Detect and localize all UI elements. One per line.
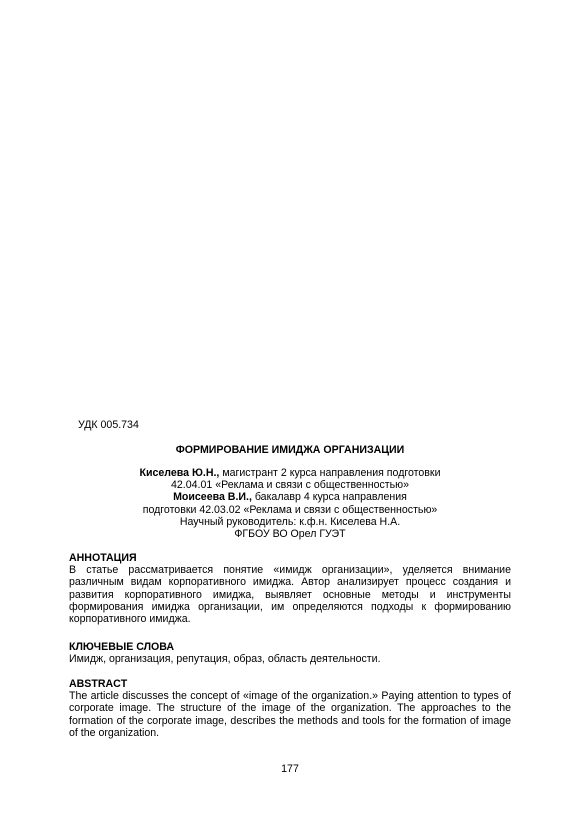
abstract-text: The article discusses the concept of «im…	[69, 690, 511, 739]
author-2-line: Моисеева В.И., бакалавр 4 курса направле…	[0, 491, 580, 503]
abstract-heading: ABSTRACT	[69, 678, 511, 690]
abstract-section: ABSTRACT The article discusses the conce…	[69, 678, 511, 739]
author-1-line: Киселева Ю.Н., магистрант 2 курса направ…	[0, 467, 580, 479]
keywords-text: Имидж, организация, репутация, образ, об…	[69, 653, 511, 665]
annotation-section: АННОТАЦИЯ В статье рассматривается понят…	[69, 552, 511, 625]
article-title: ФОРМИРОВАНИЕ ИМИДЖА ОРГАНИЗАЦИИ	[0, 444, 580, 456]
author-2-program: подготовки 42.03.02 «Реклама и связи с о…	[0, 504, 580, 516]
institution: ФГБОУ ВО Орел ГУЭТ	[0, 528, 580, 540]
author-2-description: бакалавр 4 курса направления	[252, 491, 407, 503]
keywords-heading: КЛЮЧЕВЫЕ СЛОВА	[69, 641, 511, 653]
author-2-name: Моисеева В.И.,	[173, 491, 252, 503]
document-page: УДК 005.734 ФОРМИРОВАНИЕ ИМИДЖА ОРГАНИЗА…	[0, 0, 580, 820]
authors-block: Киселева Ю.Н., магистрант 2 курса направ…	[0, 467, 580, 540]
supervisor: Научный руководитель: к.ф.н. Киселева Н.…	[0, 516, 580, 528]
annotation-text: В статье рассматривается понятие «имидж …	[69, 564, 511, 625]
author-1-program: 42.04.01 «Реклама и связи с общественнос…	[0, 479, 580, 491]
annotation-heading: АННОТАЦИЯ	[69, 552, 511, 564]
udk-code: УДК 005.734	[78, 419, 139, 431]
author-1-name: Киселева Ю.Н.,	[140, 467, 220, 479]
author-1-description: магистрант 2 курса направления подготовк…	[219, 467, 440, 479]
keywords-section: КЛЮЧЕВЫЕ СЛОВА Имидж, организация, репут…	[69, 641, 511, 665]
page-number: 177	[0, 763, 580, 775]
